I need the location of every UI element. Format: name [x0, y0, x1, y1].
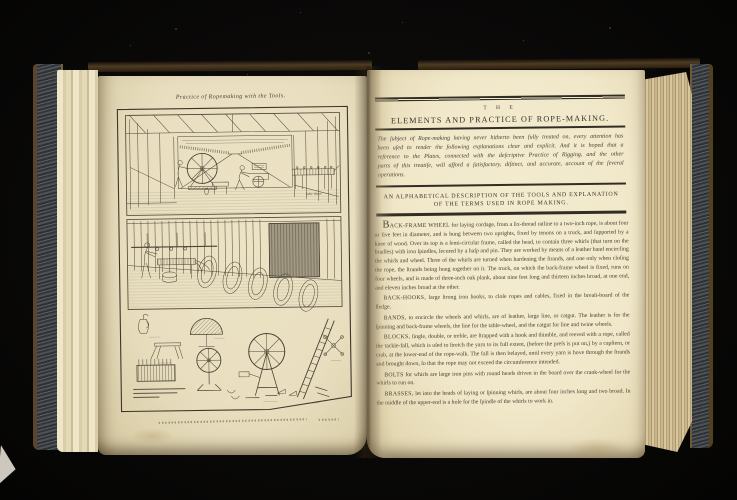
glossary-entry: BACK-HOOKS, large ſtrong iron hooks, to …	[375, 292, 629, 313]
preface-paragraph: The ſubject of Rope-making having never …	[377, 132, 624, 181]
dust-speck	[609, 27, 611, 29]
entry-text: let into the heads of laying or ſpinning…	[377, 389, 631, 407]
book-top-edge-left	[88, 60, 372, 72]
glossary-entry: BACK-FRAME WHEEL for laying cordage, fro…	[374, 219, 629, 292]
entry-text: for whirls are large iron pins with roun…	[376, 369, 630, 387]
glossary-list: BACK-FRAME WHEEL for laying cordage, fro…	[374, 219, 630, 408]
entry-text: to encircle the wheels and whirls, are o…	[376, 312, 630, 330]
entry-text: for laying cordage, from a ſix-thread ra…	[375, 220, 630, 291]
title-rule	[375, 125, 625, 130]
page-title: ELEMENTS AND PRACTICE OF ROPE-MAKING.	[373, 113, 627, 125]
glossary-entry: BLOCKS, ſingle, double, or treble, are ſ…	[376, 331, 630, 369]
dust-speck	[175, 28, 177, 30]
photo-stage: Practice of Ropemaking with the Tools.	[0, 0, 737, 500]
paper-stain	[567, 438, 627, 460]
head-rule	[375, 94, 625, 101]
dust-speck	[130, 45, 131, 46]
dust-speck	[523, 40, 524, 41]
marbled-board-edge-right	[690, 64, 713, 448]
ropemaking-plate-engraving: Table Wheel	[115, 104, 353, 417]
plate-wrap: Practice of Ropemaking with the Tools.	[96, 74, 370, 457]
panel-yarn-hauling	[127, 216, 342, 315]
dust-speck	[300, 12, 301, 13]
book-gutter-shadow	[354, 66, 382, 458]
panel-tools	[132, 312, 344, 406]
dust-speck	[402, 22, 403, 23]
glossary-entry: BRASSES, let into the heads of laying or…	[376, 388, 630, 409]
glossary-entry: BANDS, to encircle the wheels and whirls…	[376, 311, 630, 332]
dust-speck	[368, 52, 370, 54]
book-top-edge-right	[418, 58, 700, 70]
page-stack-left	[57, 70, 98, 452]
plate-imprint-line	[159, 418, 307, 424]
right-page: T H E ELEMENTS AND PRACTICE OF ROPE-MAKI…	[367, 70, 645, 458]
head-word: T H E	[373, 103, 627, 112]
table-wheel-label: Table Wheel	[306, 192, 322, 196]
plate-caption: Practice of Ropemaking with the Tools.	[96, 92, 365, 102]
glossary-entry: BOLTS for whirls are large iron pins wit…	[376, 368, 630, 389]
plate-number-mark	[319, 418, 339, 420]
entry-text: ſingle, double, or treble, are ſtrapped …	[376, 332, 630, 367]
section-heading: AN ALPHABETICAL DESCRIPTION OF THE TOOLS…	[378, 191, 624, 210]
left-page: Practice of Ropemaking with the Tools.	[98, 76, 367, 455]
preface-rule	[376, 182, 626, 188]
right-page-content: T H E ELEMENTS AND PRACTICE OF ROPE-MAKI…	[373, 94, 631, 410]
stray-paper-corner	[0, 445, 19, 487]
section-rule	[376, 211, 626, 217]
fore-edge-right	[643, 72, 692, 452]
panel-spinning-house: Table Wheel	[125, 112, 340, 215]
